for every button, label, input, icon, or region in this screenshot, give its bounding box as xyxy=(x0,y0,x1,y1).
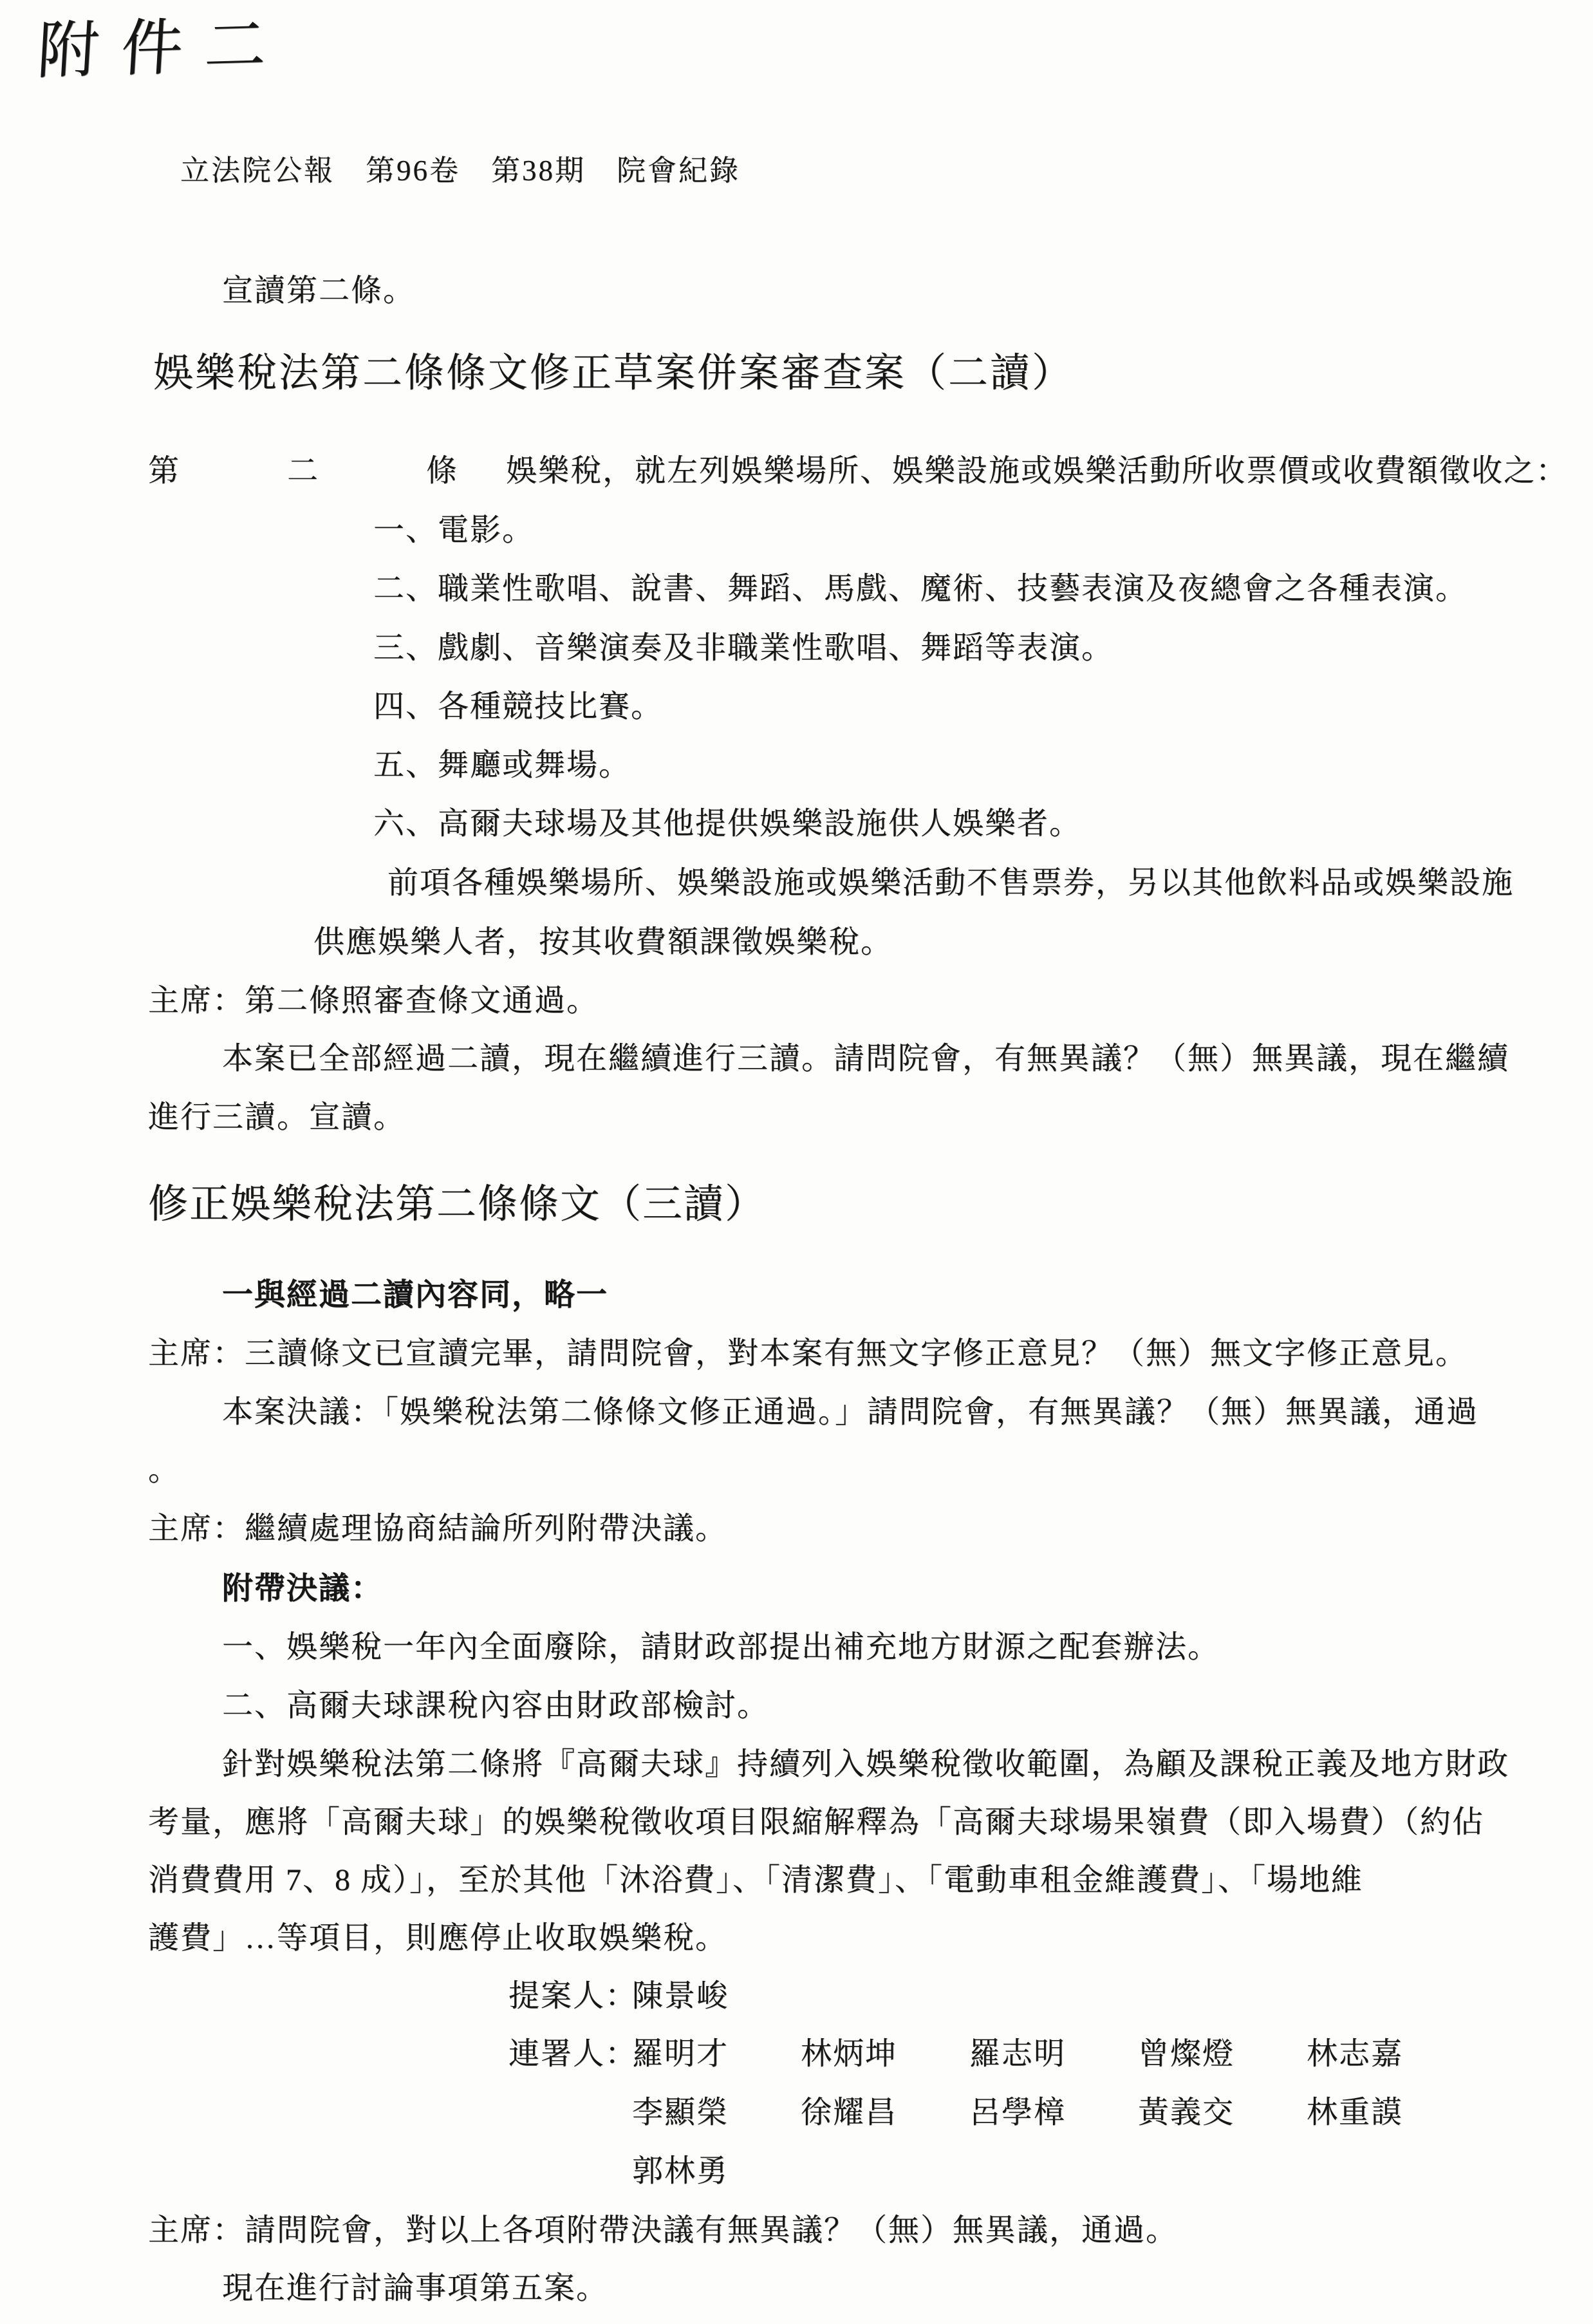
cosigner-name: 羅志明 xyxy=(969,2036,1138,2072)
third-reading-title: 修正娛樂稅法第二條條文（三讀） xyxy=(148,1182,766,1228)
cosigner-name: 林炳坤 xyxy=(801,2036,969,2072)
proposer-label: 提案人： xyxy=(508,1978,632,2014)
cosigner-name: 呂學樟 xyxy=(969,2095,1138,2130)
gazette-header: 立法院公報 第96卷 第38期 院會紀錄 xyxy=(180,155,740,188)
supplementary-label: 附帶決議： xyxy=(222,1571,383,1606)
supplementary-item-2: 二、高爾夫球課稅內容由財政部檢討。 xyxy=(222,1688,769,1723)
cosigner-name: 郭林勇 xyxy=(632,2153,729,2189)
cosigner-row-1: 連署人：羅明才林炳坤羅志明曾燦燈林志嘉 xyxy=(508,2036,1403,2072)
explanation-line-2: 考量，應將「高爾夫球」的娛樂稅徵收項目限縮解釋為「高爾夫球場果嶺費（即入場費）（… xyxy=(148,1804,1484,1840)
chair-supplementary-line: 主席：繼續處理協商結論所列附帶決議。 xyxy=(148,1511,727,1546)
article-item: 三、戲劇、音樂演奏及非職業性歌唱、舞蹈等表演。 xyxy=(373,630,1113,666)
article-item: 五、舞廳或舞場。 xyxy=(373,747,631,783)
article-2-label: 第 二 條 xyxy=(148,454,496,488)
chair-close-line: 主席：請問院會，對以上各項附帶決議有無異議？（無）無異議，通過。 xyxy=(148,2213,1178,2248)
article-2-intro: 娛樂稅，就左列娛樂場所、娛樂設施或娛樂活動所收票價或收費額徵收之： xyxy=(506,454,1568,488)
document-page: 附件二 立法院公報 第96卷 第38期 院會紀錄 宣讀第二條。 娛樂稅法第二條條… xyxy=(0,0,1593,2324)
cosigner-row-3: 郭林勇 xyxy=(632,2153,729,2189)
cosigner-label: 連署人： xyxy=(508,2036,632,2072)
explanation-line-3: 消費費用 7、8 成）」，至於其他「沐浴費」、「清潔費」、「電動車租金維護費」、… xyxy=(148,1862,1363,1898)
proviso-line-2: 供應娛樂人者，按其收費額課徵娛樂稅。 xyxy=(313,924,893,960)
cosigner-name: 林重謨 xyxy=(1307,2095,1403,2130)
next-case-line: 現在進行討論事項第五案。 xyxy=(222,2271,608,2306)
chair-continue-line-1: 本案已全部經過二讀，現在繼續進行三讀。請問院會，有無異議？（無）無異議，現在繼續 xyxy=(222,1041,1509,1076)
proviso-line-1: 前項各種娛樂場所、娛樂設施或娛樂活動不售票券，另以其他飲料品或娛樂設施 xyxy=(387,865,1514,901)
supplementary-item-1: 一、娛樂稅一年內全面廢除，請財政部提出補充地方財源之配套辦法。 xyxy=(222,1629,1220,1665)
cosigner-name: 李顯榮 xyxy=(632,2095,801,2130)
chair-third-reading-line: 主席：三讀條文已宣讀完畢，請問院會，對本案有無文字修正意見？（無）無文字修正意見… xyxy=(148,1336,1467,1371)
cosigner-name: 羅明才 xyxy=(632,2036,801,2072)
explanation-line-1: 針對娛樂稅法第二條將『高爾夫球』持續列入娛樂稅徵收範圍，為顧及課稅正義及地方財政 xyxy=(222,1747,1509,1782)
article-item: 一、電影。 xyxy=(373,512,534,548)
article-2-line: 第 二 條娛樂稅，就左列娛樂場所、娛樂設施或娛樂活動所收票價或收費額徵收之： xyxy=(148,453,1568,489)
proposer-name: 陳景峻 xyxy=(632,1979,729,2013)
article-item: 四、各種競技比賽。 xyxy=(373,689,663,724)
explanation-line-4: 護費」…等項目，則應停止收取娛樂稅。 xyxy=(148,1920,727,1956)
article-item: 二、職業性歌唱、說書、舞蹈、馬戲、魔術、技藝表演及夜總會之各種表演。 xyxy=(373,571,1467,606)
cosigner-name: 黃義交 xyxy=(1138,2095,1307,2130)
resolution-line-1: 本案決議：「娛樂稅法第二條條文修正通過。」請問院會，有無異議？（無）無異議，通過 xyxy=(222,1394,1478,1430)
cosigner-name: 曾燦燈 xyxy=(1138,2036,1307,2072)
chair-continue-line-2: 進行三讀。宣讀。 xyxy=(148,1100,405,1135)
chair-pass-line: 主席：第二條照審查條文通過。 xyxy=(148,983,599,1018)
omitted-note: 一與經過二讀內容同，略一 xyxy=(222,1277,608,1313)
attachment-note: 附件二 xyxy=(35,9,290,88)
cosigner-row-2: 李顯榮徐耀昌呂學樟黃義交林重謨 xyxy=(632,2095,1403,2130)
proposer-line: 提案人：陳景峻 xyxy=(508,1978,729,2014)
resolution-line-2: 。 xyxy=(148,1452,180,1488)
cosigner-name: 林志嘉 xyxy=(1307,2036,1403,2072)
announce-line: 宣讀第二條。 xyxy=(222,273,415,308)
second-reading-title: 娛樂稅法第二條條文修正草案併案審查案（二讀） xyxy=(153,351,1074,397)
cosigner-name: 徐耀昌 xyxy=(801,2095,969,2130)
article-item: 六、高爾夫球場及其他提供娛樂設施供人娛樂者。 xyxy=(373,806,1081,841)
